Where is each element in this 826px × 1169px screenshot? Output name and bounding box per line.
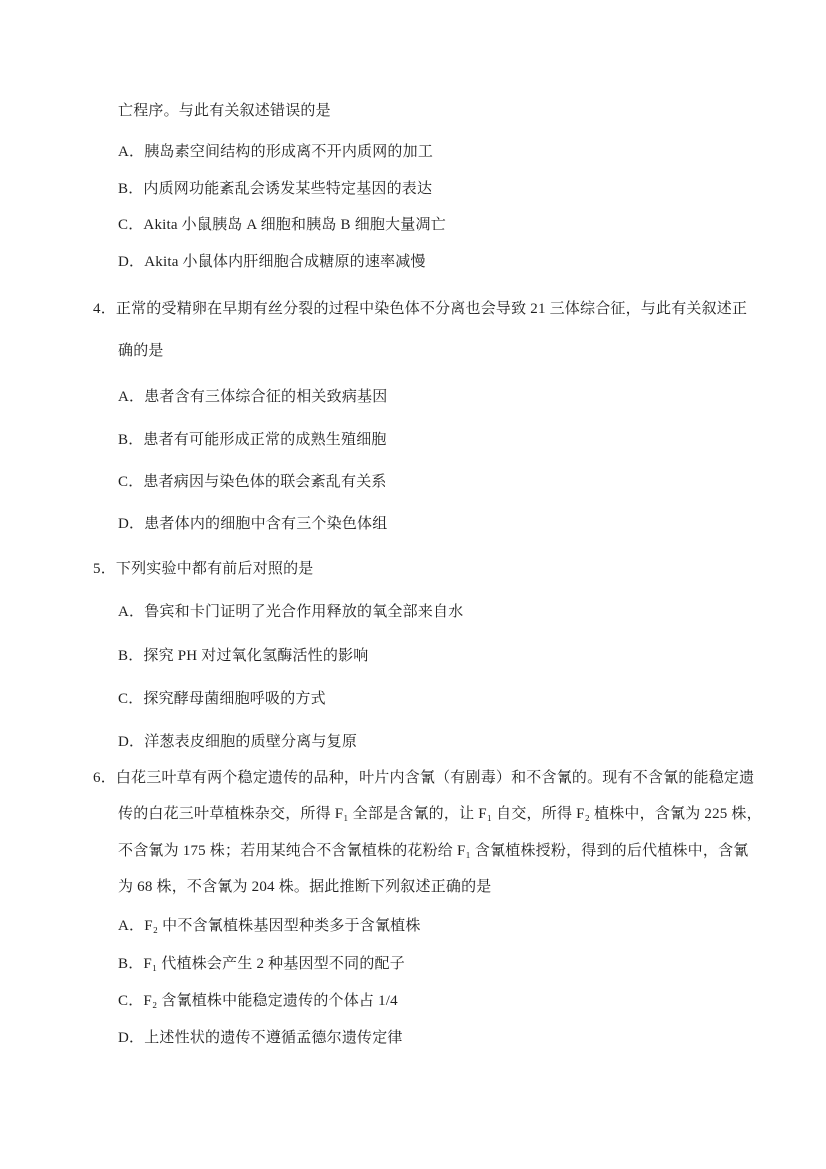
q4-option-b: B．患者有可能形成正常的成熟生殖细胞	[118, 431, 387, 449]
q6-stem-line3: 不含氰为 175 株；若用某纯合不含氰植株的花粉给 F₁ 含氰植株授粉，得到的后…	[118, 842, 748, 860]
q6-option-b: B．F₁ 代植株会产生 2 种基因型不同的配子	[118, 955, 405, 973]
q4-option-c: C．患者病因与染色体的联会紊乱有关系	[118, 473, 387, 491]
q5-option-c: C．探究酵母菌细胞呼吸的方式	[118, 690, 326, 708]
q6-option-d: D．上述性状的遗传不遵循孟德尔遗传定律	[118, 1029, 403, 1047]
q6-option-c: C．F₂ 含氰植株中能稳定遗传的个体占 1/4	[118, 992, 398, 1010]
q5-stem: 5．下列实验中都有前后对照的是	[93, 560, 314, 578]
q3-stem-continuation: 亡程序。与此有关叙述错误的是	[118, 102, 331, 120]
document-page: 亡程序。与此有关叙述错误的是 A．胰岛素空间结构的形成离不开内质网的加工 B．内…	[0, 0, 826, 1169]
q5-option-b: B．探究 PH 对过氧化氢酶活性的影响	[118, 647, 368, 665]
q6-stem-line1: 6．白花三叶草有两个稳定遗传的品种，叶片内含氰（有剧毒）和不含氰的。现有不含氰的…	[93, 769, 754, 787]
q4-option-a: A．患者含有三体综合征的相关致病基因	[118, 388, 387, 406]
q6-option-a: A．F₂ 中不含氰植株基因型种类多于含氰植株	[118, 917, 421, 935]
q6-stem-line4: 为 68 株，不含氰为 204 株。据此推断下列叙述正确的是	[118, 878, 492, 896]
q6-stem-line2: 传的白花三叶草植株杂交，所得 F₁ 全部是含氰的，让 F₁ 自交，所得 F₂ 植…	[118, 805, 762, 823]
q3-option-d: D．Akita 小鼠体内肝细胞合成糖原的速率减慢	[118, 253, 426, 271]
q4-stem-line2: 确的是	[118, 342, 164, 360]
q3-option-b: B．内质网功能紊乱会诱发某些特定基因的表达	[118, 180, 432, 198]
q3-option-a: A．胰岛素空间结构的形成离不开内质网的加工	[118, 143, 433, 161]
q5-option-d: D．洋葱表皮细胞的质壁分离与复原	[118, 733, 357, 751]
q3-option-c: C．Akita 小鼠胰岛 A 细胞和胰岛 B 细胞大量凋亡	[118, 216, 446, 234]
q4-option-d: D．患者体内的细胞中含有三个染色体组	[118, 515, 387, 533]
q4-stem-line1: 4．正常的受精卵在早期有丝分裂的过程中染色体不分离也会导致 21 三体综合征，与…	[93, 300, 747, 318]
q5-option-a: A．鲁宾和卡门证明了光合作用释放的氧全部来自水	[118, 603, 463, 621]
